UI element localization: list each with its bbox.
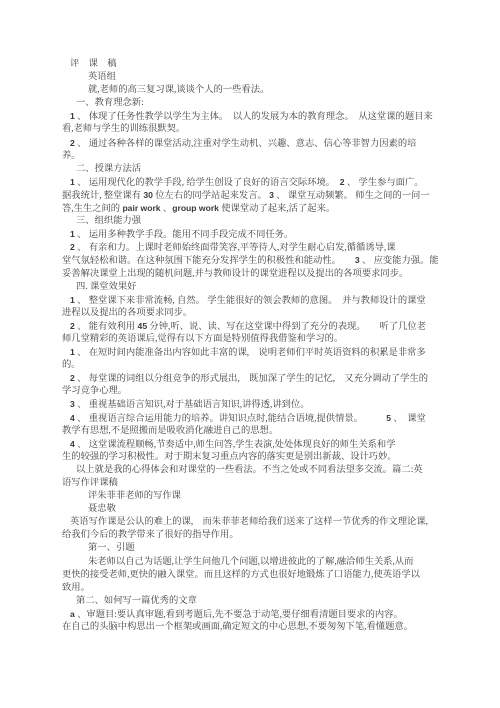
text-line: 养。: [62, 150, 444, 163]
text-line: 3 、 重视基础语言知识,对于基础语言知识,讲得透,讲到位。: [62, 398, 444, 411]
text-line: 四. 课堂效果好: [62, 281, 444, 294]
latin-text: 1: [70, 229, 75, 239]
document-body: 评 课 稿英语组就,老师的高三复习课,谈谈个人的一些看法。一、教育理念新:1 、…: [62, 58, 444, 634]
text-line: 英语写作课是公认的难上的课, 而朱菲菲老师给我们送来了这样一节优秀的作文理论课,: [62, 516, 444, 529]
text-line: 更快的接受老师,更快的融入课堂。而且这样的方式也很好地锻炼了口语能力,使英语学以: [62, 569, 444, 582]
latin-text: 2: [70, 321, 75, 331]
latin-text: 3: [70, 399, 75, 409]
latin-text: 45: [138, 321, 148, 331]
text-line: 学习竞争心理。: [62, 385, 444, 398]
text-line: 2 、 每堂课的词组以分组竞争的形式展出, 既加深了学生的记忆, 又充分调动了学…: [62, 372, 444, 385]
text-line: 聂忠敬: [62, 503, 444, 516]
latin-text: 30: [143, 190, 153, 200]
document-page: 评 课 稿英语组就,老师的高三复习课,谈谈个人的一些看法。一、教育理念新:1 、…: [0, 0, 500, 708]
latin-text: a: [70, 609, 75, 619]
text-line: 就,老师的高三复习课,谈谈个人的一些看法。: [62, 84, 444, 97]
text-line: 4 、 这堂课流程顺畅,节奏适中,师生问答,学生表演,处处体现良好的师生关系和学: [62, 438, 444, 451]
latin-text: 1: [70, 347, 75, 357]
text-line: 看,老师与学生的训练很默契。: [62, 123, 444, 136]
latin-text: 1: [70, 111, 75, 121]
latin-text: 1: [70, 295, 75, 305]
text-line: 朱老师以自己为话题,让学生问他几个问题,以增进彼此的了解,融洽师生关系,从而: [62, 556, 444, 569]
text-line: 三、组织能力强: [62, 215, 444, 228]
text-line: 生的较强的学习积极性。对于期末复习重点内容的落实更是别出新裁、设计巧妙。: [62, 451, 444, 464]
latin-text: 3: [355, 255, 360, 265]
text-line: 教学有思想,不是照搬而是吸收消化融进自己的思想。: [62, 425, 444, 438]
text-line: 英语组: [62, 71, 444, 84]
latin-text: 2: [70, 242, 75, 252]
text-line: 1 、 在短时间内能准备出内容如此丰富的课, 说明老师们平时英语资料的积累是非常…: [62, 346, 444, 359]
text-line: 据我统计, 整堂课有 30 位左右的同学站起来发言。 3 、 课堂互动频繁。 师…: [62, 189, 444, 202]
text-line: 2 、 通过各种各样的课堂活动,注重对学生动机、兴趣、意志、信心等非智力因素的培: [62, 137, 444, 150]
latin-text: 4: [70, 413, 75, 423]
text-line: 的。: [62, 359, 444, 372]
text-line: 妥善解决课堂上出现的随机问题,并与教师设计的课堂进程以及提出的各项要求同步。: [62, 268, 444, 281]
latin-text: work: [141, 203, 161, 213]
latin-text: 3: [269, 190, 274, 200]
text-line: 评朱菲菲老师的写作课: [62, 490, 444, 503]
text-line: 4 、 重视语言综合运用能力的培养。讲知识点时,能结合语境,提供情景。 5 、 …: [62, 412, 444, 425]
text-line: 师几堂精彩的英语课后,觉得有以下方面是特别值得我借鉴和学习的。: [62, 333, 444, 346]
latin-text: 2: [70, 373, 75, 383]
latin-text: 4: [70, 439, 75, 449]
text-line: 答,生生之间的 pair work 、group work 使课堂动了起来,活了…: [62, 202, 444, 215]
latin-text: 2: [340, 177, 345, 187]
text-line: 堂气氛轻松和谐。在这种氛围下能充分发挥学生的积极性和能动性。 3 、 应变能力强…: [62, 254, 444, 267]
text-line: 致用。: [62, 582, 444, 595]
latin-text: group: [172, 203, 196, 213]
text-line: 二、授课方法活: [62, 163, 444, 176]
text-line: 1 、 整堂课下来非常流畅, 自然。 学生能很好的领会教师的意图。 并与教师设计…: [62, 294, 444, 307]
text-line: 第一、引题: [62, 542, 444, 555]
latin-text: 5: [386, 413, 391, 423]
text-line: 进程以及提出的各项要求同步。: [62, 307, 444, 320]
text-line: 一、教育理念新:: [62, 97, 444, 110]
text-line: 在自己的头脑中构思出一个框架或画面,确定短文的中心思想,不要匆匆下笔,看懂题意。: [62, 621, 444, 634]
latin-text: pair: [122, 203, 138, 213]
text-line: a 、审题目:要认真审题,看到考题后,先不要急于动笔,要仔细看清题目要求的内容。: [62, 608, 444, 621]
text-line: 1 、 体现了任务性教学以学生为主体。 以人的发展为本的教育理念。 从这堂课的题…: [62, 110, 444, 123]
text-line: 评 课 稿: [62, 58, 444, 71]
latin-text: 2: [70, 138, 75, 148]
text-line: 2 、 有亲和力。上课时老师始终面带笑容,平等待人,对学生耐心启发,循循诱导,课: [62, 241, 444, 254]
text-line: 第二、如何写一篇优秀的文章: [62, 595, 444, 608]
latin-text: 1: [70, 177, 75, 187]
text-line: 2 、 能有效利用 45 分钟,听、说、读、写在这堂课中得到了充分的表现。 听了…: [62, 320, 444, 333]
text-line: 1 、 运用现代化的教学手段, 给学生创设了良好的语言交际环境。 2 、 学生参…: [62, 176, 444, 189]
text-line: 以上就是我的心得体会和对课堂的一些看法。不当之处或不同看法望多交流。篇二:英: [62, 464, 444, 477]
latin-text: work: [199, 203, 219, 213]
text-line: 给我们今后的教学带来了很好的指导作用。: [62, 529, 444, 542]
text-line: 语写作评课稿: [62, 477, 444, 490]
text-line: 1 、 运用多种教学手段。能用不同手段完成不同任务。: [62, 228, 444, 241]
